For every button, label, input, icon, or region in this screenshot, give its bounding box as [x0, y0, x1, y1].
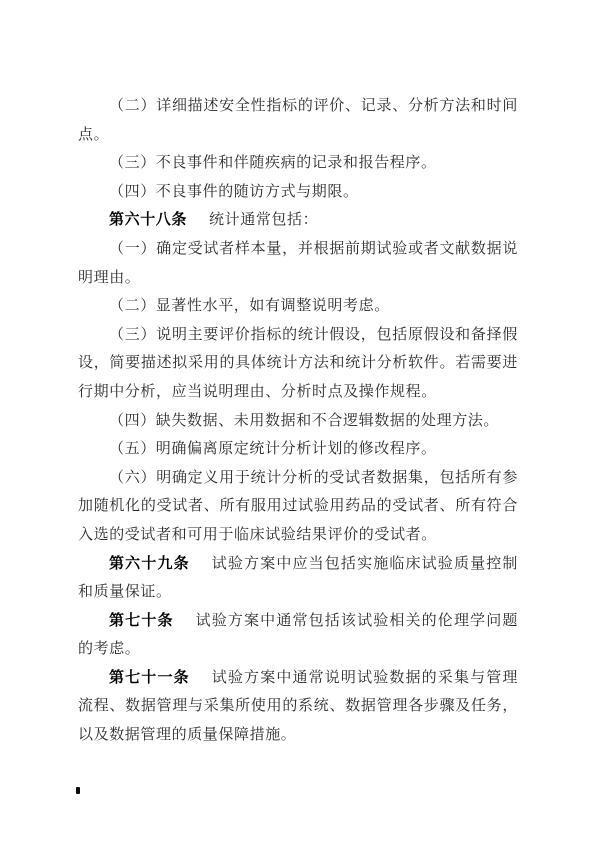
clause-item: （三）说明主要评价指标的统计假设，包括原假设和备择假设，简要描述拟采用的具体统计…: [78, 321, 518, 407]
clause-item: （四）缺失数据、未用数据和不合逻辑数据的处理方法。: [78, 407, 518, 436]
clause-item: （二）详细描述安全性指标的评价、记录、分析方法和时间点。: [78, 92, 518, 149]
article-number: 第七十条: [109, 612, 174, 629]
ink-speck-artifact: [76, 787, 80, 794]
clause-item: （六）明确定义用于统计分析的受试者数据集，包括所有参加随机化的受试者、所有服用过…: [78, 464, 518, 550]
document-page: （二）详细描述安全性指标的评价、记录、分析方法和时间点。 （三）不良事件和伴随疾…: [0, 0, 595, 841]
clause-item: （四）不良事件的随访方式与期限。: [78, 178, 518, 207]
article-number: 第六十九条: [109, 555, 190, 572]
clause-item: （一）确定受试者样本量，并根据前期试验或者文献数据说明理由。: [78, 235, 518, 292]
article-paragraph: 第六十八条统计通常包括：: [78, 206, 518, 235]
clause-item: （五）明确偏离原定统计分析计划的修改程序。: [78, 435, 518, 464]
article-number: 第六十八条: [109, 211, 187, 228]
article-text: 统计通常包括：: [209, 212, 318, 228]
document-text-block: （二）详细描述安全性指标的评价、记录、分析方法和时间点。 （三）不良事件和伴随疾…: [78, 92, 518, 750]
article-number: 第七十一条: [109, 669, 190, 686]
clause-item: （三）不良事件和伴随疾病的记录和报告程序。: [78, 149, 518, 178]
article-paragraph: 第七十一条试验方案中通常说明试验数据的采集与管理流程、数据管理与采集所使用的系统…: [78, 664, 518, 750]
article-paragraph: 第七十条试验方案中通常包括该试验相关的伦理学问题的考虑。: [78, 607, 518, 664]
article-paragraph: 第六十九条试验方案中应当包括实施临床试验质量控制和质量保证。: [78, 550, 518, 607]
clause-item: （二）显著性水平，如有调整说明考虑。: [78, 292, 518, 321]
